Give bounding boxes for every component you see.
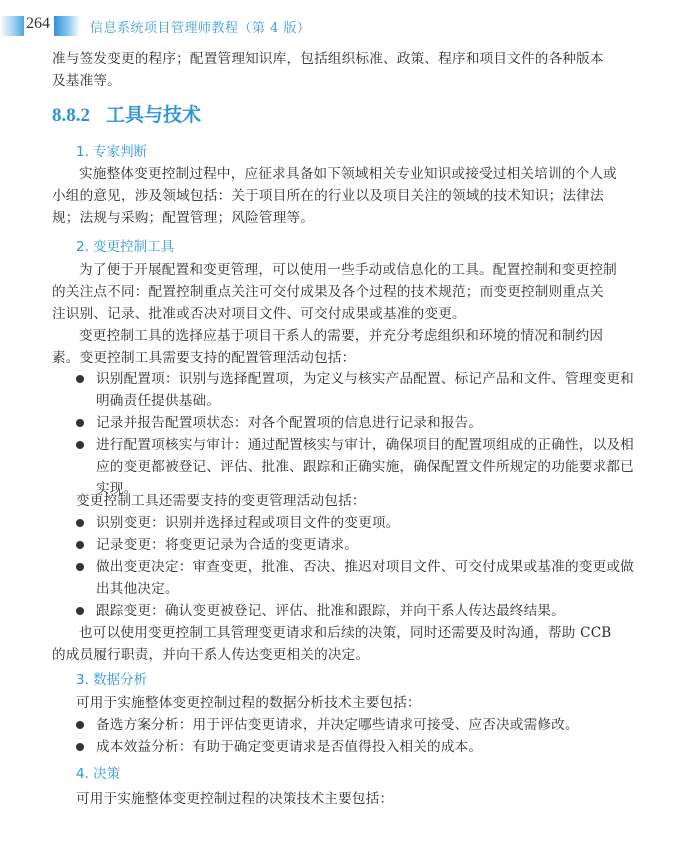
list-item: 跟踪变更：确认变更被登记、评估、批准和跟踪，并向干系人传达最终结果。 bbox=[76, 600, 636, 622]
paragraph: 可用于实施整体变更控制过程的数据分析技术主要包括： bbox=[76, 692, 421, 714]
section-heading: 8.8.2工具与技术 bbox=[52, 100, 201, 127]
list-item: 记录变更：将变更记录为合适的变更请求。 bbox=[76, 534, 636, 556]
bullet-icon bbox=[76, 375, 84, 383]
book-title: 信息系统项目管理师教程（第 4 版） bbox=[90, 17, 311, 36]
bullet-icon bbox=[76, 541, 84, 549]
paragraph: 变更控制工具的选择应基于项目干系人的需要，并充分考虑组织和环境的情况和制约因素。… bbox=[52, 325, 617, 369]
section-title: 工具与技术 bbox=[106, 104, 201, 126]
paragraph: 可用于实施整体变更控制过程的决策技术主要包括： bbox=[76, 788, 393, 810]
paragraph: 也可以使用变更控制工具管理变更请求和后续的决策，同时还需要及时沟通，帮助 CCB… bbox=[52, 622, 617, 666]
subsection-heading-expert-judgment: 1. 专家判断 bbox=[76, 140, 147, 160]
bullet-icon bbox=[76, 607, 84, 615]
bullet-icon bbox=[76, 519, 84, 527]
subsection-heading-data-analysis: 3. 数据分析 bbox=[76, 668, 147, 688]
subsection-heading-change-control-tools: 2. 变更控制工具 bbox=[76, 235, 174, 255]
bullet-icon bbox=[76, 419, 84, 427]
page-header: 264 信息系统项目管理师教程（第 4 版） bbox=[0, 14, 690, 38]
list-item: 识别变更：识别并选择过程或项目文件的变更项。 bbox=[76, 512, 636, 534]
paragraph: 变更控制工具还需要支持的变更管理活动包括： bbox=[76, 490, 366, 512]
header-decor-bar-right bbox=[54, 16, 80, 36]
section-number: 8.8.2 bbox=[52, 105, 90, 126]
bullet-icon bbox=[76, 441, 84, 449]
list-item: 做出变更决定：审查变更，批准、否决、推迟对项目文件、可交付成果或基准的变更或做出… bbox=[76, 556, 636, 600]
intro-paragraph: 准与签发变更的程序；配置管理知识库，包括组织标准、政策、程序和项目文件的各种版本… bbox=[52, 48, 617, 92]
list-item: 备选方案分析：用于评估变更请求，并决定哪些请求可接受、应否决或需修改。 bbox=[76, 714, 636, 736]
bullet-icon bbox=[76, 563, 84, 571]
subsection-heading-decision-making: 4. 决策 bbox=[76, 762, 120, 782]
paragraph: 为了便于开展配置和变更管理，可以使用一些手动或信息化的工具。配置控制和变更控制的… bbox=[52, 259, 617, 325]
page-number: 264 bbox=[26, 15, 50, 33]
list-item: 记录并报告配置项状态：对各个配置项的信息进行记录和报告。 bbox=[76, 412, 636, 434]
paragraph: 实施整体变更控制过程中，应征求具备如下领域相关专业知识或接受过相关培训的个人或小… bbox=[52, 163, 617, 229]
bullet-icon bbox=[76, 743, 84, 751]
list-item: 成本效益分析：有助于确定变更请求是否值得投入相关的成本。 bbox=[76, 736, 636, 758]
bullet-icon bbox=[76, 721, 84, 729]
list-item: 识别配置项：识别与选择配置项，为定义与核实产品配置、标记产品和文件、管理变更和明… bbox=[76, 368, 636, 412]
header-decor-bar-left bbox=[0, 16, 24, 36]
